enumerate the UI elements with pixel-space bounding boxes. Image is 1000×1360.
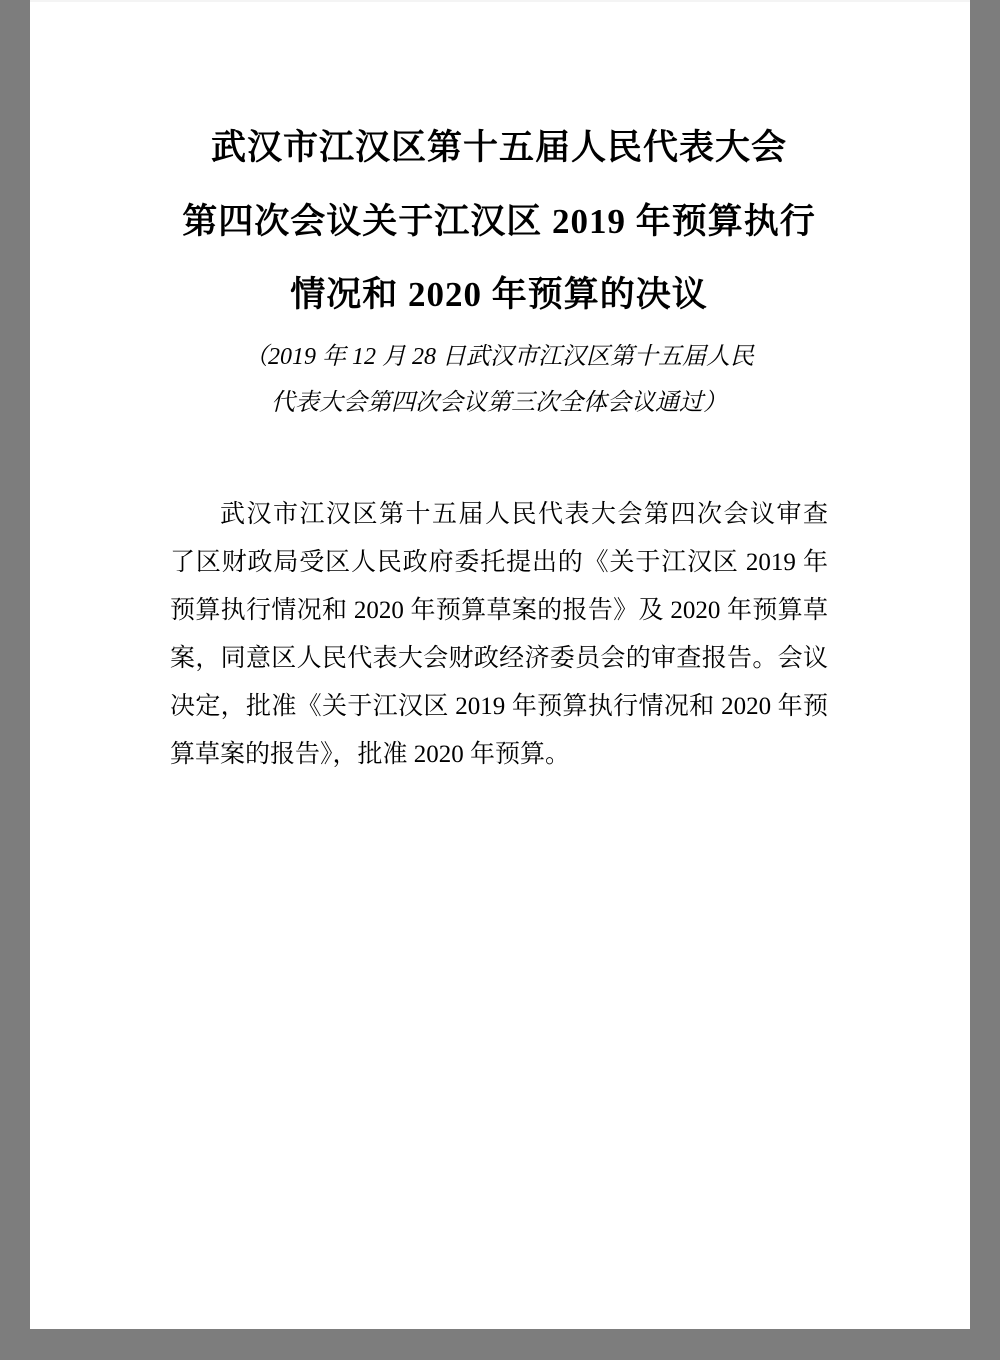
title-line-1: 武汉市江汉区第十五届人民代表大会 [170,111,828,185]
body-line-3: 预算执行情况和 2020 年预算草案的报告》及 2020 年预算草 [170,587,828,635]
body-line-5: 决定，批准《关于江汉区 2019 年预算执行情况和 2020 年预 [170,683,828,731]
body-line-6: 算草案的报告》，批准 2020 年预算。 [170,731,828,779]
document-page: 武汉市江汉区第十五届人民代表大会 第四次会议关于江汉区 2019 年预算执行 情… [30,0,970,1329]
title-line-3: 情况和 2020 年预算的决议 [170,258,828,332]
document-content: 武汉市江汉区第十五届人民代表大会 第四次会议关于江汉区 2019 年预算执行 情… [30,111,970,779]
body-paragraph: 武汉市江汉区第十五届人民代表大会第四次会议审查 了区财政局受区人民政府委托提出的… [170,491,828,779]
body-line-2: 了区财政局受区人民政府委托提出的《关于江汉区 2019 年 [170,539,828,587]
approval-note-line-1: （2019 年 12 月 28 日武汉市江汉区第十五届人民 [170,334,828,380]
approval-note: （2019 年 12 月 28 日武汉市江汉区第十五届人民 代表大会第四次会议第… [170,334,828,426]
title-line-2: 第四次会议关于江汉区 2019 年预算执行 [170,185,828,259]
body-line-1: 武汉市江汉区第十五届人民代表大会第四次会议审查 [170,491,828,539]
viewer-background: { "window": { "background_color": "#7d7d… [0,0,1000,1360]
approval-note-line-2: 代表大会第四次会议第三次全体会议通过） [170,380,828,426]
document-title: 武汉市江汉区第十五届人民代表大会 第四次会议关于江汉区 2019 年预算执行 情… [170,111,828,332]
body-line-4: 案，同意区人民代表大会财政经济委员会的审查报告。会议 [170,635,828,683]
